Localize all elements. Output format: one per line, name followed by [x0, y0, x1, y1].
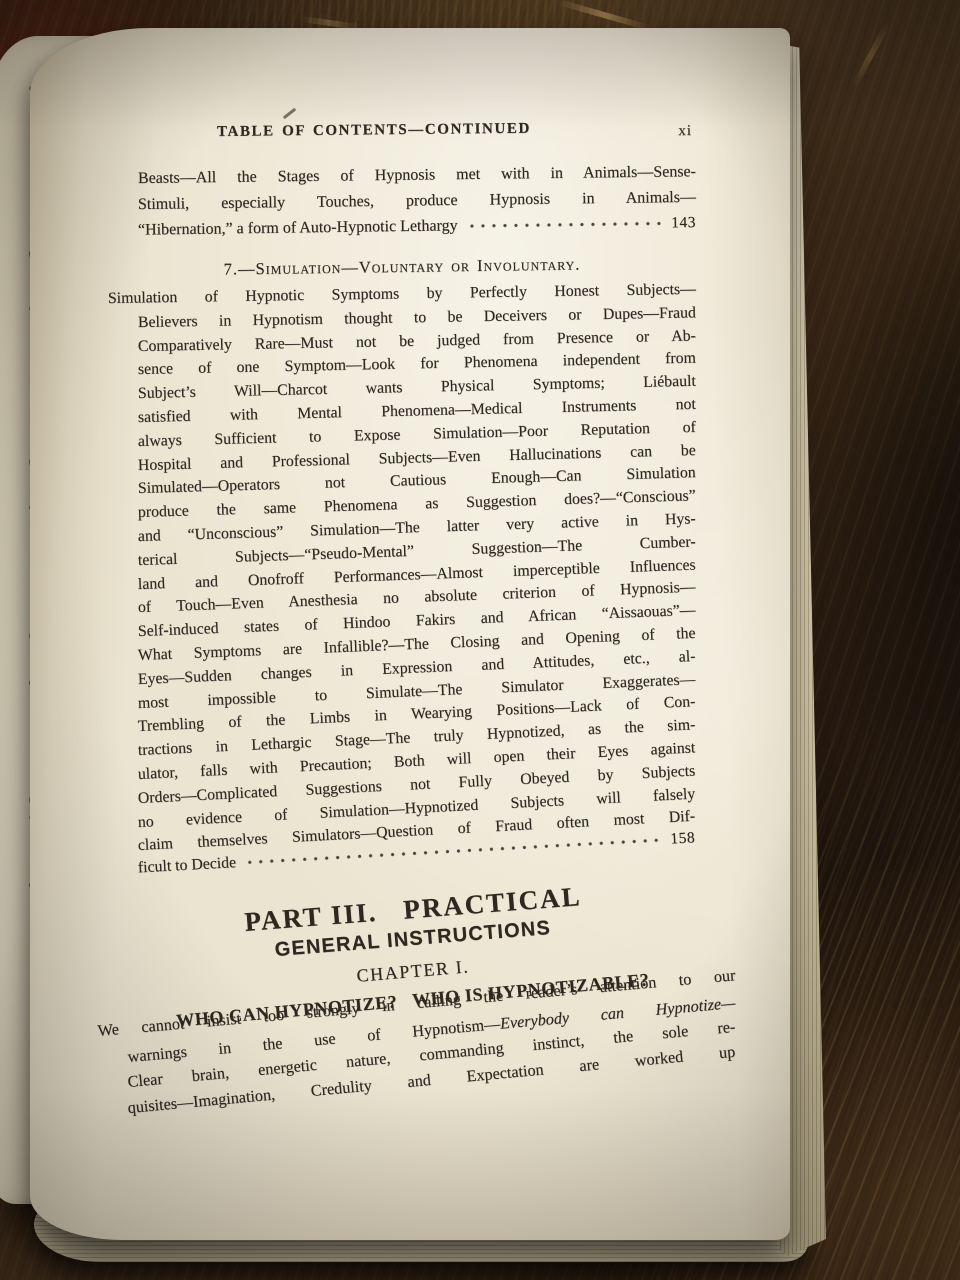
book-page: TABLE OF CONTENTS—CONTINUED xi Beasts—Al…: [30, 28, 790, 1240]
chapter-intro-paragraph: We cannot insist too strongly in calling…: [98, 1019, 738, 1121]
page-reference: 143: [671, 210, 696, 236]
folio-number: xi: [678, 123, 692, 140]
running-header: TABLE OF CONTENTS—CONTINUED xi: [108, 119, 696, 147]
book-photo-scene: TABLE OF CONTENTS—CONTINUED xi Beasts—Al…: [0, 0, 960, 1280]
page-title: TABLE OF CONTENTS—CONTINUED: [108, 120, 640, 143]
page-reference: 158: [670, 826, 696, 851]
dot-leader: [470, 218, 662, 230]
toc-entry-simulation: Simulation of Hypnotic Symptoms by Perfe…: [108, 287, 696, 858]
toc-line: “Hibernation,” a form of Auto-Hypnotic L…: [138, 213, 458, 243]
page-text-column: TABLE OF CONTENTS—CONTINUED xi Beasts—Al…: [108, 122, 696, 1121]
toc-line: ficult to Decide: [137, 851, 236, 880]
stray-ink-mark: [283, 108, 297, 120]
